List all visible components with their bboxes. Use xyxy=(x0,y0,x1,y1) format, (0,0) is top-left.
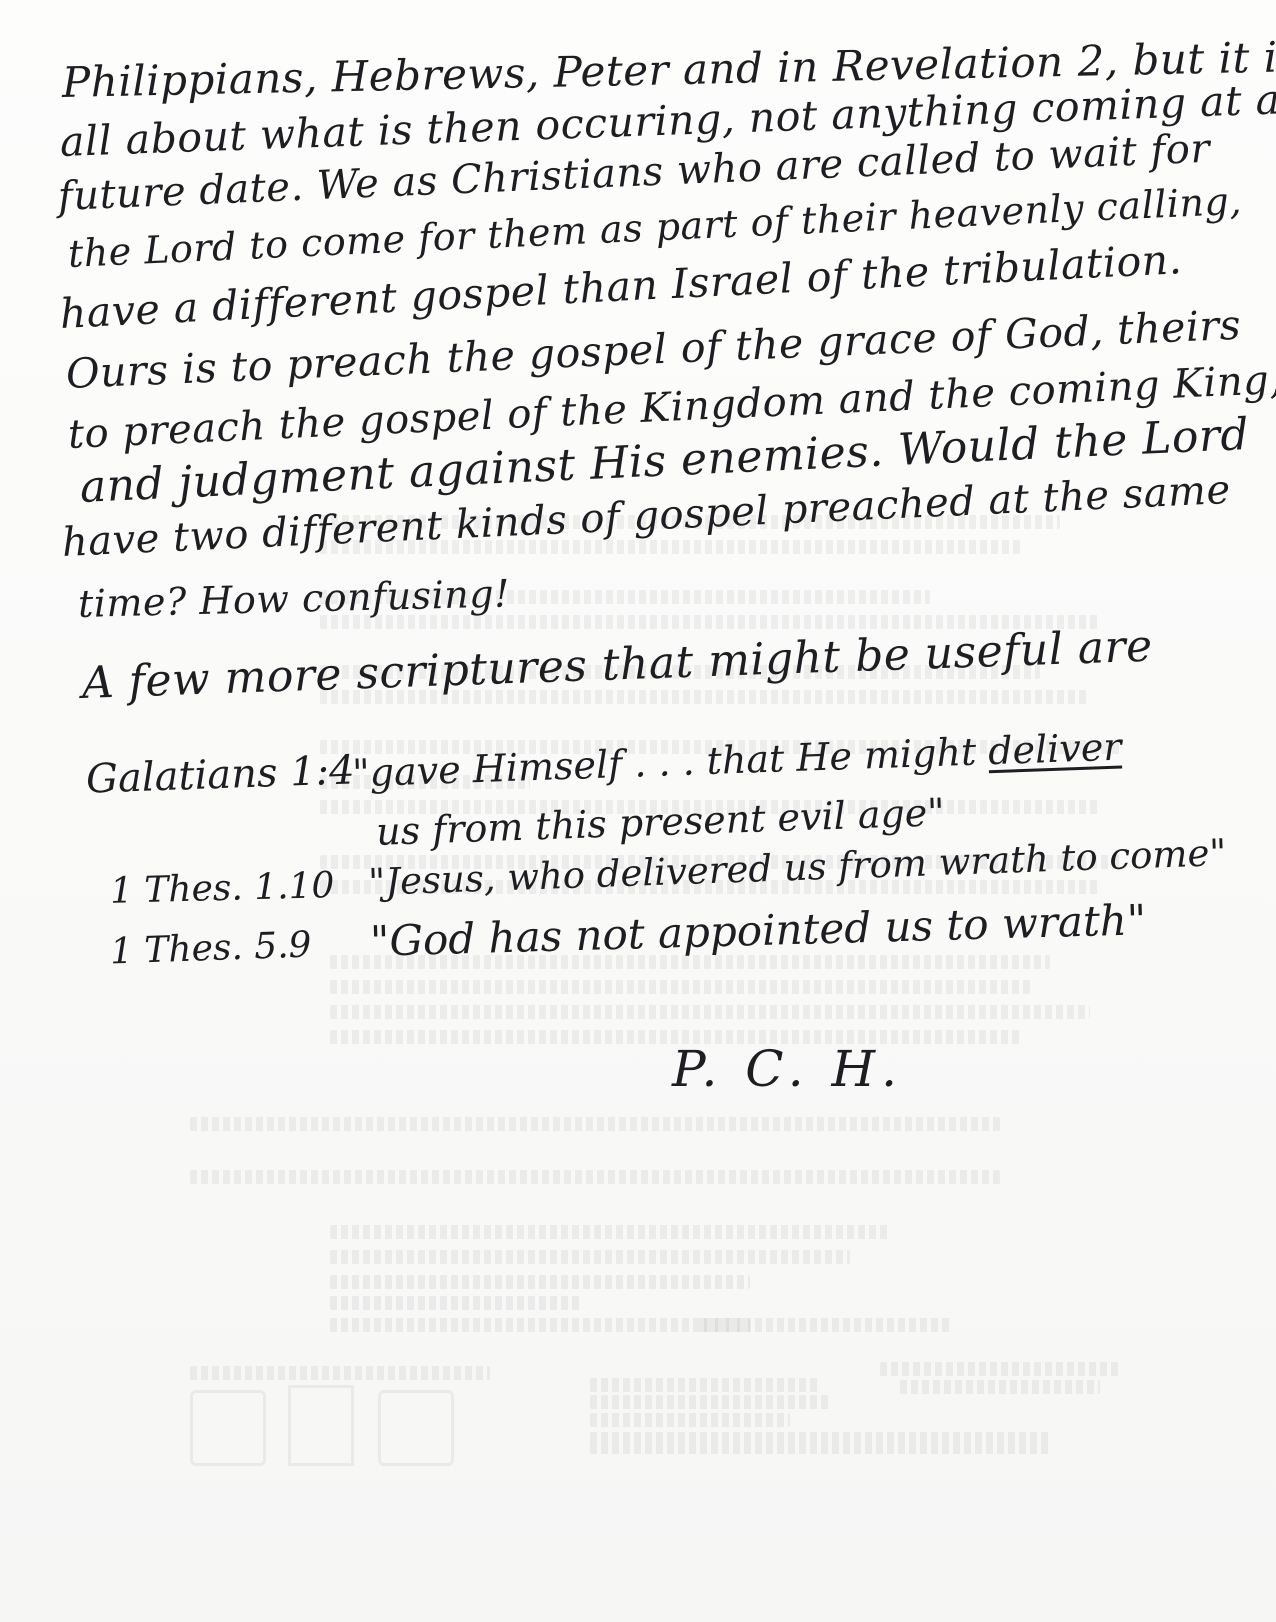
letter-line: A few more scriptures that might be usef… xyxy=(81,621,1153,709)
quote-emphasis: deliver xyxy=(987,725,1122,774)
letter-line: time? How confusing! xyxy=(77,571,510,626)
scripture-ref: 1 Thes. 1.10 xyxy=(110,865,335,912)
signature: P. C. H. xyxy=(672,1040,903,1098)
scripture-ref: Galatians 1:4 xyxy=(85,747,355,802)
scripture-quote: "gave Himself . . . that He might delive… xyxy=(351,725,1122,796)
quote-text: "gave Himself . . . that He might xyxy=(351,729,989,795)
scripture-ref: 1 Thes. 5.9 xyxy=(109,924,312,972)
scripture-quote: "God has not appointed us to wrath" xyxy=(369,895,1146,966)
letter-page: Philippians, Hebrews, Peter and in Revel… xyxy=(0,0,1276,1622)
